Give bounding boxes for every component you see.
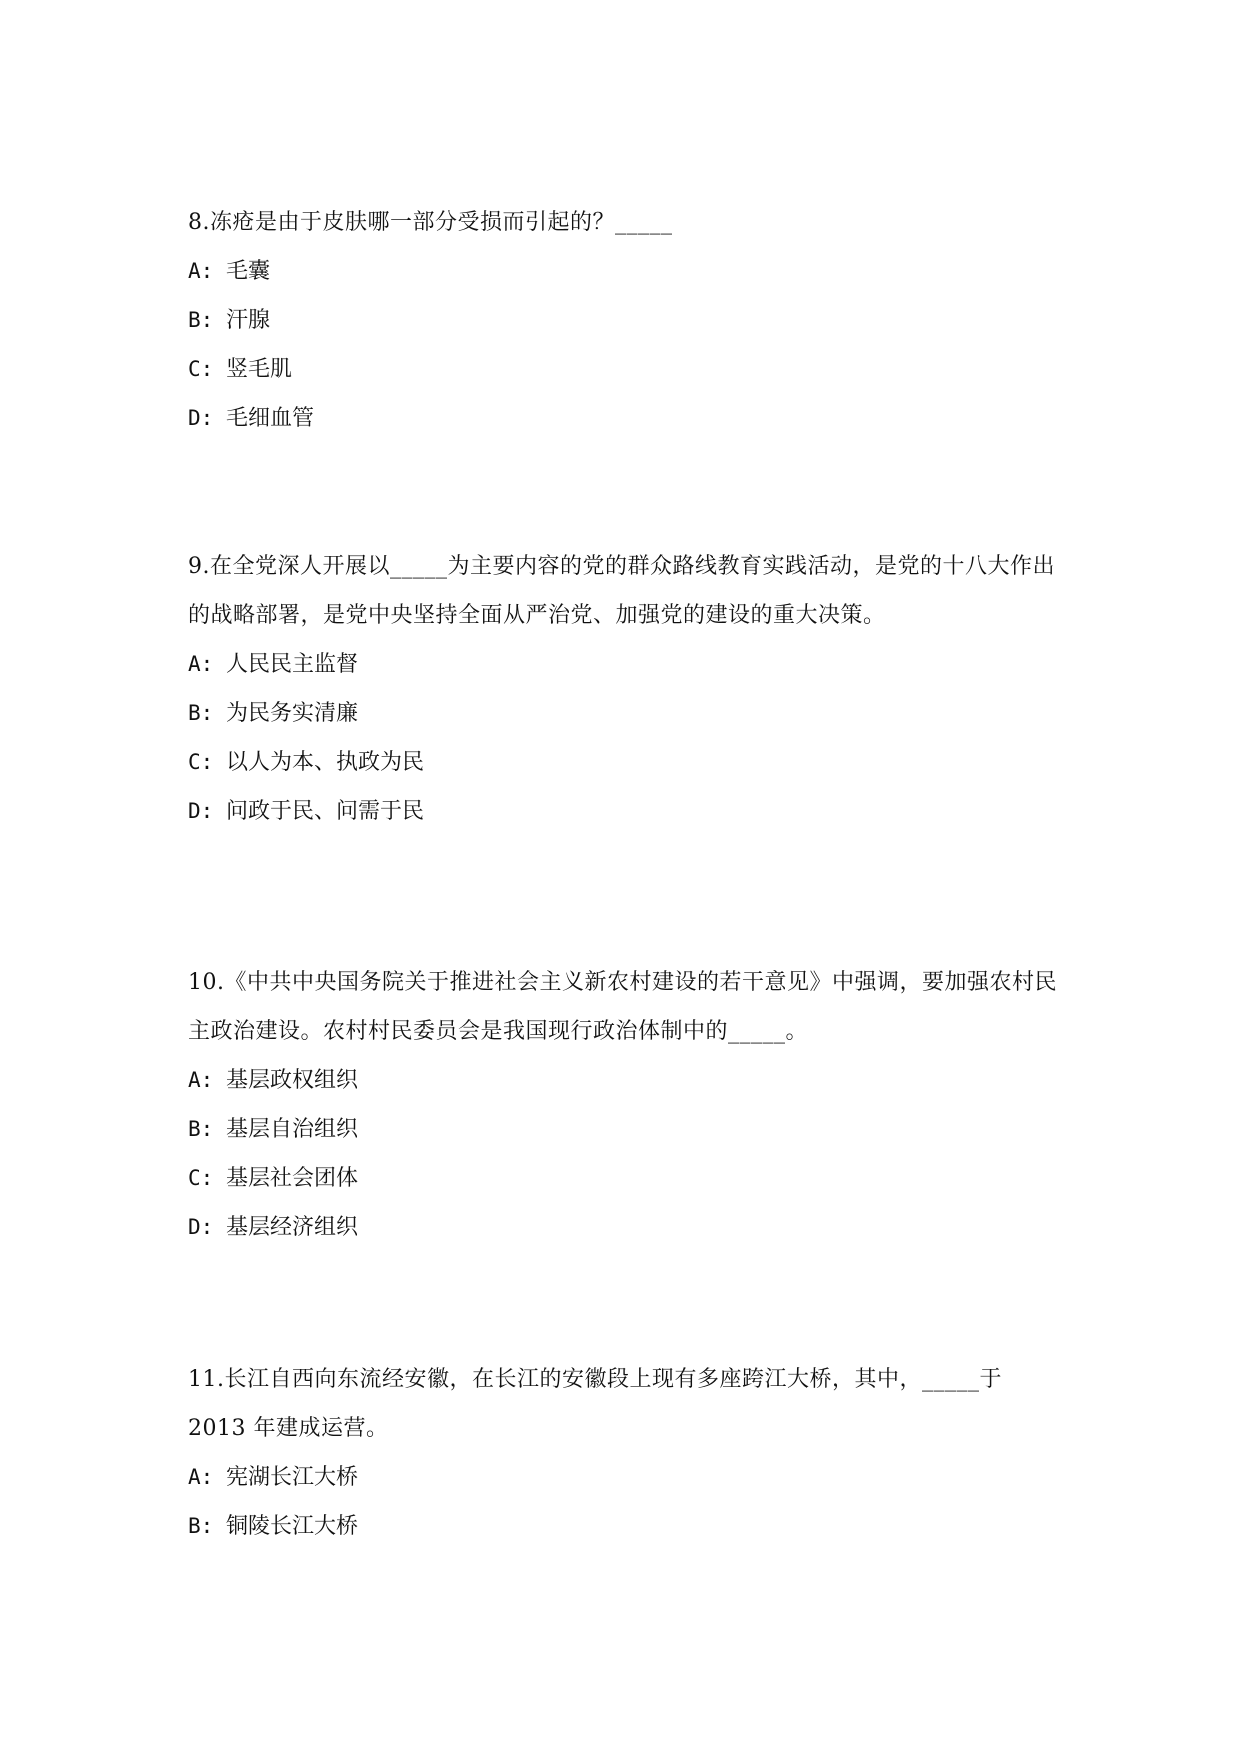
option-c: C: 以人为本、执政为民 (188, 738, 1058, 787)
option-text: 问政于民、问需于民 (226, 787, 424, 836)
option-letter: C: (188, 738, 226, 787)
option-letter: B: (188, 689, 226, 738)
option-b: B: 基层自治组织 (188, 1105, 1058, 1154)
option-letter: D: (188, 1203, 226, 1252)
question-stem: 11.长江自西向东流经安徽，在长江的安徽段上现有多座跨江大桥，其中，_____于… (188, 1355, 1058, 1453)
option-letter: D: (188, 394, 226, 443)
option-text: 以人为本、执政为民 (226, 738, 424, 787)
question-10: 10.《中共中央国务院关于推进社会主义新农村建设的若干意见》中强调，要加强农村民… (188, 958, 1058, 1252)
option-text: 基层社会团体 (226, 1154, 358, 1203)
question-stem: 8.冻疮是由于皮肤哪一部分受损而引起的？_____ (188, 198, 1058, 247)
option-text: 铜陵长江大桥 (226, 1502, 358, 1551)
option-a: A: 基层政权组织 (188, 1056, 1058, 1105)
option-b: B: 汗腺 (188, 296, 1058, 345)
option-c: C: 基层社会团体 (188, 1154, 1058, 1203)
option-a: A: 宪湖长江大桥 (188, 1453, 1058, 1502)
option-text: 宪湖长江大桥 (226, 1453, 358, 1502)
option-a: A: 人民民主监督 (188, 640, 1058, 689)
option-text: 竖毛肌 (226, 345, 292, 394)
option-b: B: 为民务实清廉 (188, 689, 1058, 738)
option-text: 基层自治组织 (226, 1105, 358, 1154)
option-letter: C: (188, 345, 226, 394)
document-page: 8.冻疮是由于皮肤哪一部分受损而引起的？_____ A: 毛囊 B: 汗腺 C:… (0, 0, 1240, 1753)
option-text: 基层经济组织 (226, 1203, 358, 1252)
option-letter: B: (188, 1105, 226, 1154)
question-stem: 9.在全党深人开展以_____为主要内容的党的群众路线教育实践活动，是党的十八大… (188, 542, 1058, 640)
option-letter: A: (188, 247, 226, 296)
option-letter: B: (188, 1502, 226, 1551)
option-text: 汗腺 (226, 296, 270, 345)
option-letter: C: (188, 1154, 226, 1203)
question-8: 8.冻疮是由于皮肤哪一部分受损而引起的？_____ A: 毛囊 B: 汗腺 C:… (188, 198, 1058, 443)
option-a: A: 毛囊 (188, 247, 1058, 296)
option-b: B: 铜陵长江大桥 (188, 1502, 1058, 1551)
option-d: D: 问政于民、问需于民 (188, 787, 1058, 836)
option-text: 为民务实清廉 (226, 689, 358, 738)
question-11: 11.长江自西向东流经安徽，在长江的安徽段上现有多座跨江大桥，其中，_____于… (188, 1355, 1058, 1551)
question-stem: 10.《中共中央国务院关于推进社会主义新农村建设的若干意见》中强调，要加强农村民… (188, 958, 1058, 1056)
option-list: A: 宪湖长江大桥 B: 铜陵长江大桥 (188, 1453, 1058, 1551)
option-d: D: 毛细血管 (188, 394, 1058, 443)
option-d: D: 基层经济组织 (188, 1203, 1058, 1252)
option-list: A: 人民民主监督 B: 为民务实清廉 C: 以人为本、执政为民 D: 问政于民… (188, 640, 1058, 836)
option-letter: B: (188, 296, 226, 345)
option-list: A: 毛囊 B: 汗腺 C: 竖毛肌 D: 毛细血管 (188, 247, 1058, 443)
option-text: 基层政权组织 (226, 1056, 358, 1105)
option-text: 人民民主监督 (226, 640, 358, 689)
option-text: 毛囊 (226, 247, 270, 296)
option-letter: A: (188, 640, 226, 689)
question-9: 9.在全党深人开展以_____为主要内容的党的群众路线教育实践活动，是党的十八大… (188, 542, 1058, 836)
option-letter: D: (188, 787, 226, 836)
option-letter: A: (188, 1056, 226, 1105)
option-text: 毛细血管 (226, 394, 314, 443)
option-letter: A: (188, 1453, 226, 1502)
option-list: A: 基层政权组织 B: 基层自治组织 C: 基层社会团体 D: 基层经济组织 (188, 1056, 1058, 1252)
option-c: C: 竖毛肌 (188, 345, 1058, 394)
